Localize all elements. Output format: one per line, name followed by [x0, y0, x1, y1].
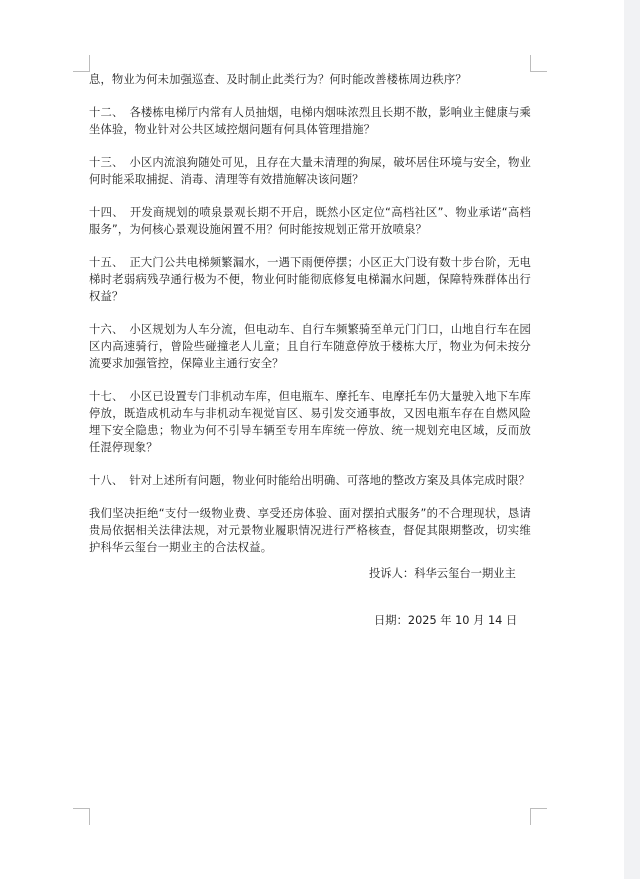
item-17: 十七、小区已设置专门非机动车库，但电瓶车、摩托车、电摩托车仍大量驶入地下车库停放… [89, 388, 531, 456]
document-date: 日期：2025 年 10 月 14 日 [374, 612, 517, 629]
item-text: 小区规划为人车分流，但电动车、自行车频繁骑至单元门门口，山地自行车在园区内高速骑… [89, 323, 531, 370]
page-corner-mark-top-left [73, 55, 90, 72]
item-text: 小区内流浪狗随处可见，且存在大量未清理的狗屎，破坏居住环境与安全，物业何时能采取… [89, 156, 531, 186]
complainant-signature: 投诉人：科华云玺台一期业主 [369, 565, 516, 582]
closing-paragraph: 我们坚决拒绝“支付一级物业费、享受还房体验、面对摆拍式服务”的不合理现状，恳请贵… [89, 505, 531, 556]
item-number: 十四、 [89, 206, 124, 219]
item-12: 十二、各楼栋电梯厅内常有人员抽烟，电梯内烟味浓烈且长期不散，影响业主健康与乘坐体… [89, 104, 531, 138]
item-16: 十六、小区规划为人车分流，但电动车、自行车频繁骑至单元门门口，山地自行车在园区内… [89, 321, 531, 372]
item-number: 十三、 [89, 156, 123, 169]
item-text: 针对上述所有问题，物业何时能给出明确、可落地的整改方案及具体完成时限？ [129, 474, 530, 487]
item-number: 十六、 [89, 323, 123, 336]
page-corner-mark-bottom-right [530, 808, 547, 825]
viewer-side-panel [624, 0, 640, 879]
item-14: 十四、开发商规划的喷泉景观长期不开启，既然小区定位“高档社区”、物业承诺“高档服… [89, 204, 531, 238]
page-corner-mark-top-right [530, 55, 547, 72]
item-13: 十三、小区内流浪狗随处可见，且存在大量未清理的狗屎，破坏居住环境与安全，物业何时… [89, 154, 531, 188]
item-18: 十八、针对上述所有问题，物业何时能给出明确、可落地的整改方案及具体完成时限？ [89, 472, 531, 489]
item-number: 十七、 [89, 390, 123, 403]
item-number: 十二、 [89, 106, 123, 119]
page-corner-mark-bottom-left [73, 808, 90, 825]
item-number: 十八、 [89, 474, 123, 487]
document-page: 息，物业为何未加强巡查、及时制止此类行为？何时能改善楼栋周边秩序？ 十二、各楼栋… [0, 0, 624, 879]
item-text: 开发商规划的喷泉景观长期不开启，既然小区定位“高档社区”、物业承诺“高档服务”，… [89, 206, 531, 236]
item-text: 小区已设置专门非机动车库，但电瓶车、摩托车、电摩托车仍大量驶入地下车库停放，既造… [89, 390, 531, 454]
item-number: 十五、 [89, 256, 123, 269]
document-body: 息，物业为何未加强巡查、及时制止此类行为？何时能改善楼栋周边秩序？ 十二、各楼栋… [89, 71, 531, 572]
item-15: 十五、正大门公共电梯频繁漏水，一遇下雨便停摆；小区正大门设有数十步台阶，无电梯时… [89, 254, 531, 305]
continuation-paragraph: 息，物业为何未加强巡查、及时制止此类行为？何时能改善楼栋周边秩序？ [89, 71, 531, 88]
item-text: 正大门公共电梯频繁漏水，一遇下雨便停摆；小区正大门设有数十步台阶，无电梯时老弱病… [89, 256, 531, 303]
item-text: 各楼栋电梯厅内常有人员抽烟，电梯内烟味浓烈且长期不散，影响业主健康与乘坐体验，物… [89, 106, 531, 136]
